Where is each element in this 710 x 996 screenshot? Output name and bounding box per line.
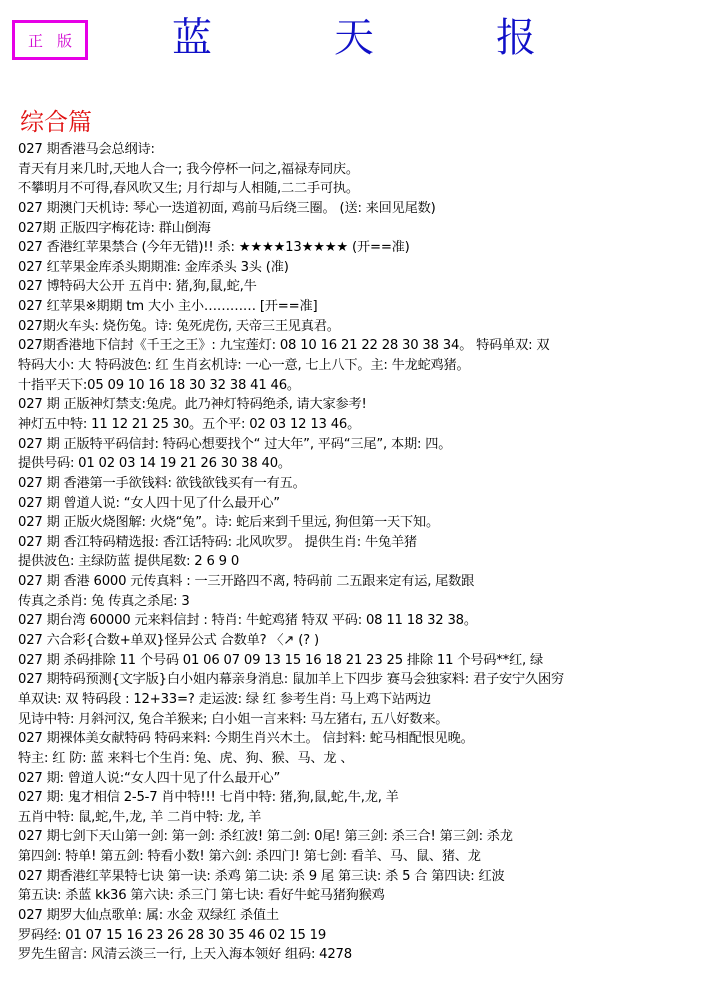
content-lines: 027 期香港马会总纲诗:青天有月来几时,天地人合一; 我今停杯一问之,福禄寿同… — [18, 140, 708, 965]
text-line: 第五诀: 杀蓝 kk36 第六诀: 杀三门 第七诀: 看好牛蛇马猪狗猴鸡 — [18, 886, 708, 906]
text-line: 提供号码: 01 02 03 14 19 21 26 30 38 40。 — [18, 454, 708, 474]
text-line: 027 期 正版特平码信封: 特码心想要找个“ 过大年”, 平码“三尾”, 本期… — [18, 435, 708, 455]
text-line: 提供波色: 主绿防蓝 提供尾数: 2 6 9 0 — [18, 552, 708, 572]
text-line: 神灯五中特: 11 12 21 25 30。五个平: 02 03 12 13 4… — [18, 415, 708, 435]
text-line: 027 六合彩{合数+单双}怪异公式 合数单? 〈↗ (? ) — [18, 631, 708, 651]
text-line: 027 期 香港第一手欲钱料: 欲钱欲钱买有一有五。 — [18, 474, 708, 494]
text-line: 不攀明月不可得,春风吹又生; 月行却与人相随,二二手可执。 — [18, 179, 708, 199]
text-line: 十指平天下:05 09 10 16 18 30 32 38 41 46。 — [18, 376, 708, 396]
text-line: 027 期 正版神灯禁支:兔虎。此乃神灯特码绝杀, 请大家参考! — [18, 395, 708, 415]
text-line: 027 期罗大仙点歌单: 属: 水金 双绿红 杀值土 — [18, 906, 708, 926]
text-line: 027 期 杀码排除 11 个号码 01 06 07 09 13 15 16 1… — [18, 651, 708, 671]
text-line: 五肖中特: 鼠,蛇,牛,龙, 羊 二肖中特: 龙, 羊 — [18, 808, 708, 828]
text-line: 027 期香港马会总纲诗: — [18, 140, 708, 160]
text-line: 027 期 曾道人说: “女人四十见了什么最开心” — [18, 494, 708, 514]
text-line: 027 期 香港 6000 元传真料 : 一三开路四不离, 特码前 二五跟来定有… — [18, 572, 708, 592]
text-line: 027 博特码大公开 五肖中: 猪,狗,鼠,蛇,牛 — [18, 277, 708, 297]
page-title: 蓝 天 报 — [0, 6, 710, 66]
text-line: 罗码经: 01 07 15 16 23 26 28 30 35 46 02 15… — [18, 926, 708, 946]
text-line: 027 期 正版火烧图解: 火烧“兔”。诗: 蛇后来到千里远, 狗但第一天下知。 — [18, 513, 708, 533]
section-heading: 综合篇 — [20, 102, 92, 137]
text-line: 027 期七剑下天山第一剑: 第一剑: 杀红波! 第二剑: 0尾! 第三剑: 杀… — [18, 827, 708, 847]
text-line: 027 期: 鬼才相信 2-5-7 肖中特!!! 七肖中特: 猪,狗,鼠,蛇,牛… — [18, 788, 708, 808]
text-line: 027 期: 曾道人说:“女人四十见了什么最开心” — [18, 769, 708, 789]
text-line: 027 红苹果金库杀头期期准: 金库杀头 3头 (准) — [18, 258, 708, 278]
text-line: 027 红苹果※期期 tm 大小 主小………… [开==准] — [18, 297, 708, 317]
text-line: 罗先生留言: 风清云淡三一行, 上天入海本领好 组码: 4278 — [18, 945, 708, 965]
text-line: 特码大小: 大 特码波色: 红 生肖玄机诗: 一心一意, 七上八下。主: 牛龙蛇… — [18, 356, 708, 376]
title-char-1: 蓝 — [172, 6, 212, 63]
text-line: 027 期 香江特码精选报: 香江话特码: 北风吹罗。 提供生肖: 牛兔羊猪 — [18, 533, 708, 553]
text-line: 027 期裸体美女献特码 特码来料: 今期生肖兴木土。 信封料: 蛇马相配恨见晚… — [18, 729, 708, 749]
text-line: 青天有月来几时,天地人合一; 我今停杯一问之,福禄寿同庆。 — [18, 160, 708, 180]
text-line: 第四剑: 特单! 第五剑: 特看小数! 第六剑: 杀四门! 第七剑: 看羊、马、… — [18, 847, 708, 867]
text-line: 027 香港红苹果禁合 (今年无错)!! 杀: ★★★★13★★★★ (开==准… — [18, 238, 708, 258]
text-line: 027 期特码预测{文字版}白小姐内幕亲身消息: 鼠加羊上下四步 赛马会独家料:… — [18, 670, 708, 690]
title-char-2: 天 — [334, 6, 374, 63]
text-line: 特主: 红 防: 蓝 来料七个生肖: 兔、虎、狗、猴、马、龙 、 — [18, 749, 708, 769]
text-line: 027 期澳门天机诗: 琴心一迭道初面, 鸡前马后绕三圈。 (送: 来回见尾数) — [18, 199, 708, 219]
text-line: 见诗中特: 月斜河汉, 兔合羊猴来; 白小姐一言来料: 马左猪右, 五八好数来。 — [18, 710, 708, 730]
text-line: 027 期台湾 60000 元来料信封 : 特肖: 牛蛇鸡猪 特双 平码: 08… — [18, 611, 708, 631]
text-line: 027 期香港红苹果特七诀 第一诀: 杀鸡 第二诀: 杀 9 尾 第三诀: 杀 … — [18, 867, 708, 887]
text-line: 027期香港地下信封《千王之王》: 九宝莲灯: 08 10 16 21 22 2… — [18, 336, 708, 356]
text-line: 027期 正版四字梅花诗: 群山倒海 — [18, 219, 708, 239]
text-line: 单双诀: 双 特码段 : 12+33=? 走运波: 绿 红 参考生肖: 马上鸡下… — [18, 690, 708, 710]
text-line: 027期火车头: 烧伤兔。诗: 兔死虎伤, 天帝三王见真君。 — [18, 317, 708, 337]
text-line: 传真之杀肖: 兔 传真之杀尾: 3 — [18, 592, 708, 612]
title-char-3: 报 — [496, 6, 536, 63]
